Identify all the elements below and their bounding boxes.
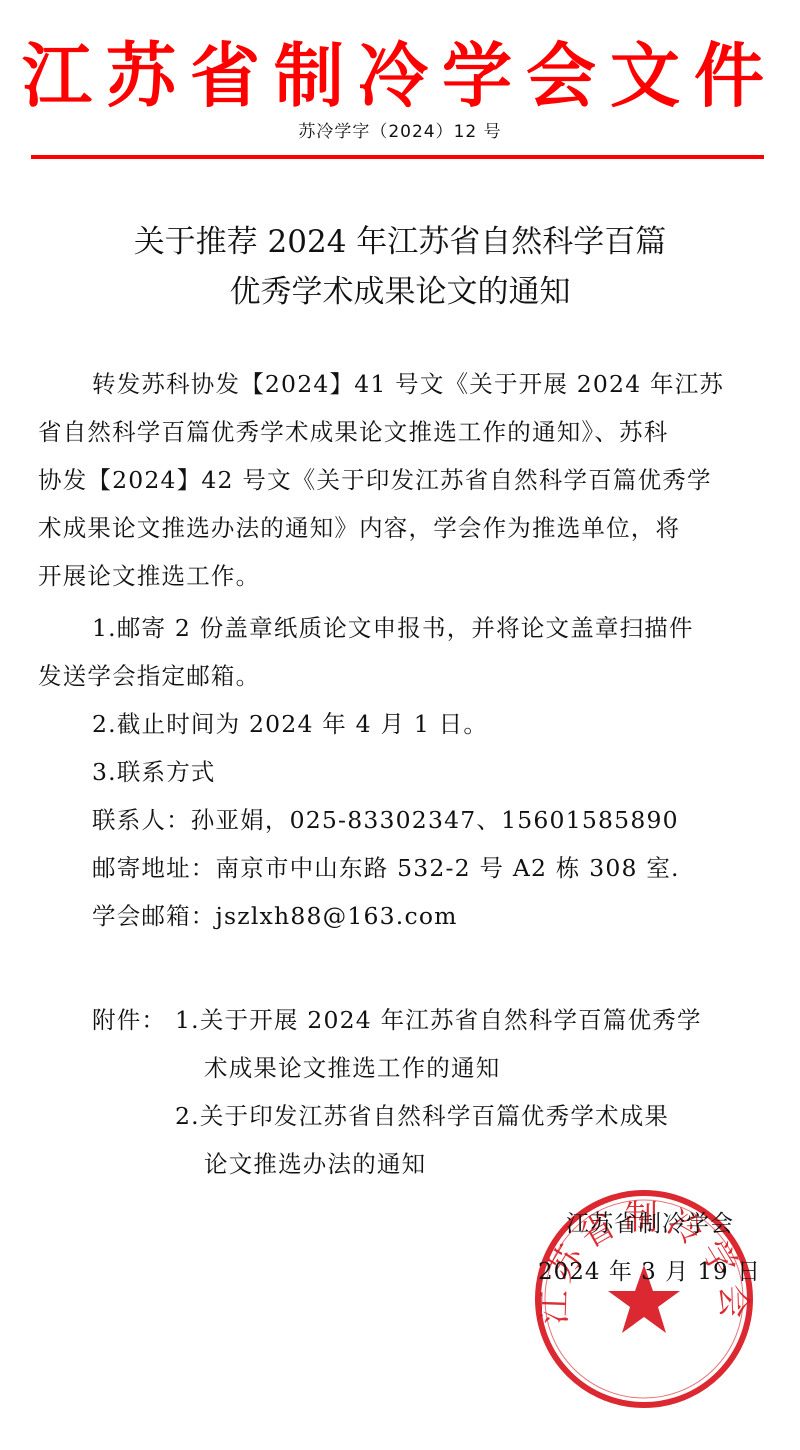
notice-title-line-2: 优秀学术成果论文的通知: [0, 267, 800, 317]
document-number: 苏冷学字（2024）12 号: [0, 120, 800, 144]
item-1-line: 发送学会指定邮箱。: [38, 652, 260, 700]
body-paragraph-line: 转发苏科协发【2024】41 号文《关于开展 2024 年江苏: [92, 360, 724, 408]
body-paragraph-line: 开展论文推选工作。: [38, 552, 260, 600]
attachments-label: 附件：: [92, 996, 166, 1044]
attachment-2-line: 2.关于印发江苏省自然科学百篇优秀学术成果: [175, 1092, 669, 1140]
letterhead-divider: [31, 155, 764, 159]
attachment-1-line: 1.关于开展 2024 年江苏省自然科学百篇优秀学: [175, 996, 702, 1044]
item-2-deadline: 2.截止时间为 2024 年 4 月 1 日。: [92, 700, 488, 748]
item-3-contact-heading: 3.联系方式: [92, 748, 216, 796]
body-paragraph-line: 协发【2024】42 号文《关于印发江苏省自然科学百篇优秀学: [38, 456, 712, 504]
attachment-1-line: 术成果论文推选工作的通知: [204, 1044, 500, 1092]
letterhead-title: 江苏省制冷学会文件: [0, 28, 800, 124]
signature-organization: 江苏省制冷学会: [566, 1204, 734, 1244]
signature-date: 2024 年 3 月 19 日: [538, 1252, 761, 1292]
attachment-2-line: 论文推选办法的通知: [204, 1140, 426, 1188]
item-1-line: 1.邮寄 2 份盖章纸质论文申报书，并将论文盖章扫描件: [92, 604, 694, 652]
notice-title-line-1: 关于推荐 2024 年江苏省自然科学百篇: [0, 217, 800, 267]
body-paragraph-line: 术成果论文推选办法的通知》内容，学会作为推选单位，将: [38, 504, 680, 552]
body-paragraph-line: 省自然科学百篇优秀学术成果论文推选工作的通知》、苏科: [38, 408, 668, 456]
contact-person: 联系人：孙亚娟，025-83302347、15601585890: [92, 796, 679, 844]
mailing-address: 邮寄地址：南京市中山东路 532-2 号 A2 栋 308 室.: [92, 844, 680, 892]
contact-email: 学会邮箱：jszlxh88@163.com: [92, 892, 458, 940]
